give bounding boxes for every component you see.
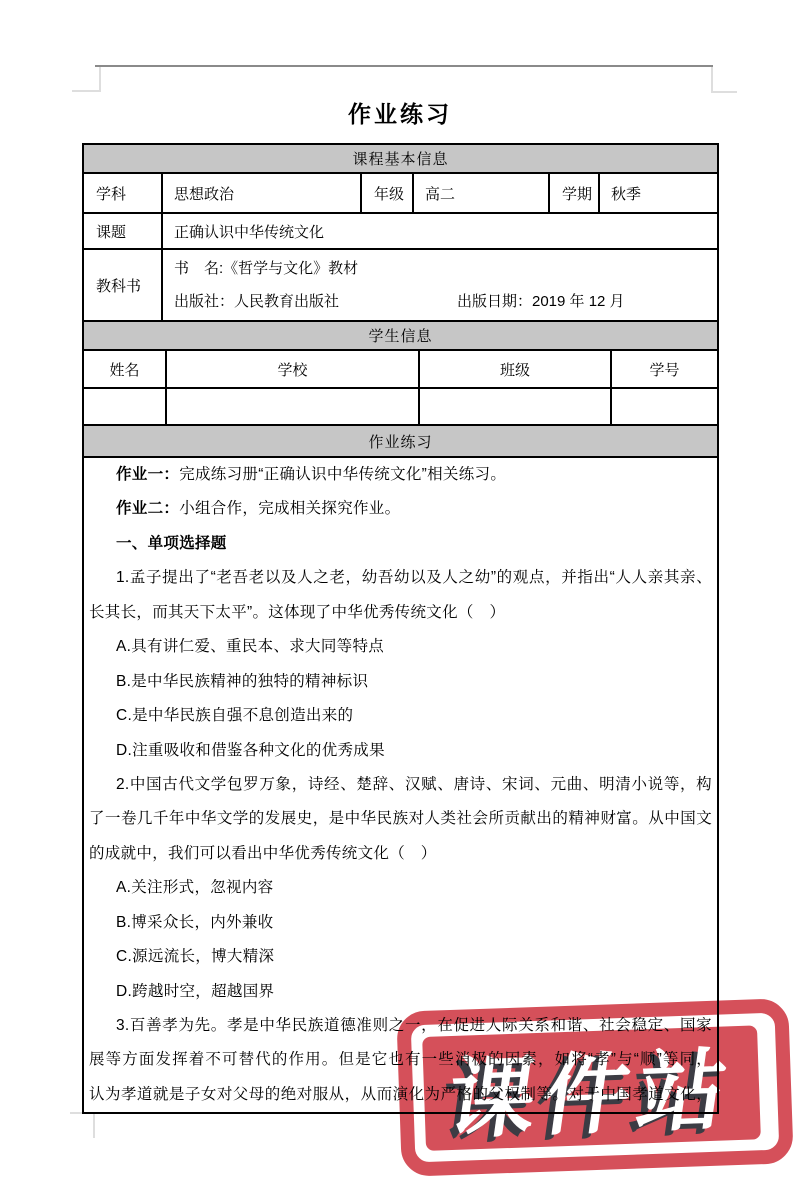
- question-2-option-c: C.源远流长，博大精深: [89, 940, 712, 974]
- semester-value: 秋季: [599, 173, 718, 213]
- homework-content-cell: 作业一：完成练习册“正确认识中华传统文化”相关练习。 作业二：小组合作，完成相关…: [83, 457, 718, 1113]
- topic-label: 课题: [83, 213, 162, 249]
- question-2-option-a: A.关注形式，忽视内容: [89, 871, 712, 905]
- publish-date-text: 出版日期：2019 年 12 月: [457, 293, 625, 310]
- topic-value: 正确认识中华传统文化: [162, 213, 718, 249]
- school-column-header: 学校: [166, 350, 419, 388]
- name-input-cell[interactable]: [83, 388, 166, 425]
- semester-label: 学期: [549, 173, 599, 213]
- question-3-line-3: 认为孝道就是子女对父母的绝对服从，从而演化为严格的父权制等。对于中国孝道文化，我…: [89, 1078, 712, 1112]
- task-1-label: 作业一：: [116, 466, 179, 483]
- name-column-header: 姓名: [83, 350, 166, 388]
- question-2-option-b: B.博采众长，内外兼收: [89, 906, 712, 940]
- student-id-input-cell[interactable]: [611, 388, 718, 425]
- publisher-text: 出版社：人民教育出版社: [174, 285, 457, 318]
- question-2-line-3: 的成就中，我们可以看出中华优秀传统文化（ ）: [89, 837, 712, 871]
- student-info-header: 学生信息: [83, 321, 718, 350]
- question-3-line-2: 展等方面发挥着不可替代的作用。但是它也有一些消极的因素，如将“孝”与“顺”等同，: [89, 1043, 712, 1077]
- school-input-cell[interactable]: [166, 388, 419, 425]
- crop-mark-top-right: [711, 67, 713, 93]
- question-1-line-2: 长其长，而其天下太平”。这体现了中华优秀传统文化（ ）: [89, 596, 712, 630]
- subject-value: 思想政治: [162, 173, 361, 213]
- page-title: 作业练习: [0, 96, 800, 129]
- question-2-line-1: 2.中国古代文学包罗万象，诗经、楚辞、汉赋、唐诗、宋词、元曲、明清小说等，构成: [89, 768, 712, 802]
- publisher-line: 出版社：人民教育出版社出版日期：2019 年 12 月: [174, 285, 717, 318]
- subject-label: 学科: [83, 173, 162, 213]
- grade-value: 高二: [413, 173, 549, 213]
- page-boundary-rule: [95, 65, 713, 67]
- document-tables: 课程基本信息 学科 思想政治 年级 高二 学期 秋季 课题 正确认识中华传统文化…: [82, 143, 717, 1114]
- crop-mark-top-right: [711, 91, 737, 93]
- book-name-line: 书 名:《哲学与文化》教材: [174, 252, 717, 285]
- course-info-table: 课程基本信息 学科 思想政治 年级 高二 学期 秋季 课题 正确认识中华传统文化…: [82, 143, 719, 322]
- task-1-text: 完成练习册“正确认识中华传统文化”相关练习。: [179, 466, 506, 483]
- class-input-cell[interactable]: [419, 388, 611, 425]
- task-1-line: 作业一：完成练习册“正确认识中华传统文化”相关练习。: [89, 458, 712, 492]
- grade-label: 年级: [361, 173, 413, 213]
- section-title: 一、单项选择题: [89, 527, 712, 561]
- student-id-column-header: 学号: [611, 350, 718, 388]
- document-page: { "page": { "title": "作业练习" }, "course_t…: [0, 0, 800, 1200]
- question-2-option-d: D.跨越时空，超越国界: [89, 975, 712, 1009]
- crop-mark-top-left: [72, 90, 101, 92]
- homework-header: 作业练习: [83, 425, 718, 457]
- task-2-text: 小组合作，完成相关探究作业。: [179, 500, 400, 517]
- student-info-table: 学生信息 姓名 学校 班级 学号: [82, 320, 719, 426]
- crop-mark-bottom-left: [93, 1112, 95, 1138]
- homework-table: 作业练习 作业一：完成练习册“正确认识中华传统文化”相关练习。 作业二：小组合作…: [82, 424, 719, 1114]
- class-column-header: 班级: [419, 350, 611, 388]
- question-2-line-2: 了一卷几千年中华文学的发展史，是中华民族对人类社会所贡献出的精神财富。从中国文学: [89, 802, 712, 836]
- question-1-option-a: A.具有讲仁爱、重民本、求大同等特点: [89, 630, 712, 664]
- question-3-line-1: 3.百善孝为先。孝是中华民族道德准则之一，在促进人际关系和谐、社会稳定、国家发: [89, 1009, 712, 1043]
- task-2-label: 作业二：: [116, 500, 179, 517]
- course-info-header: 课程基本信息: [83, 144, 718, 173]
- textbook-info-cell: 书 名:《哲学与文化》教材 出版社：人民教育出版社出版日期：2019 年 12 …: [162, 249, 718, 321]
- crop-mark-top-left: [99, 67, 101, 92]
- question-1-option-d: D.注重吸收和借鉴各种文化的优秀成果: [89, 734, 712, 768]
- task-2-line: 作业二：小组合作，完成相关探究作业。: [89, 492, 712, 526]
- textbook-label: 教科书: [83, 249, 162, 321]
- question-1-option-b: B.是中华民族精神的独特的精神标识: [89, 665, 712, 699]
- question-1-option-c: C.是中华民族自强不息创造出来的: [89, 699, 712, 733]
- question-1-line-1: 1.孟子提出了“老吾老以及人之老，幼吾幼以及人之幼”的观点，并指出“人人亲其亲、: [89, 561, 712, 595]
